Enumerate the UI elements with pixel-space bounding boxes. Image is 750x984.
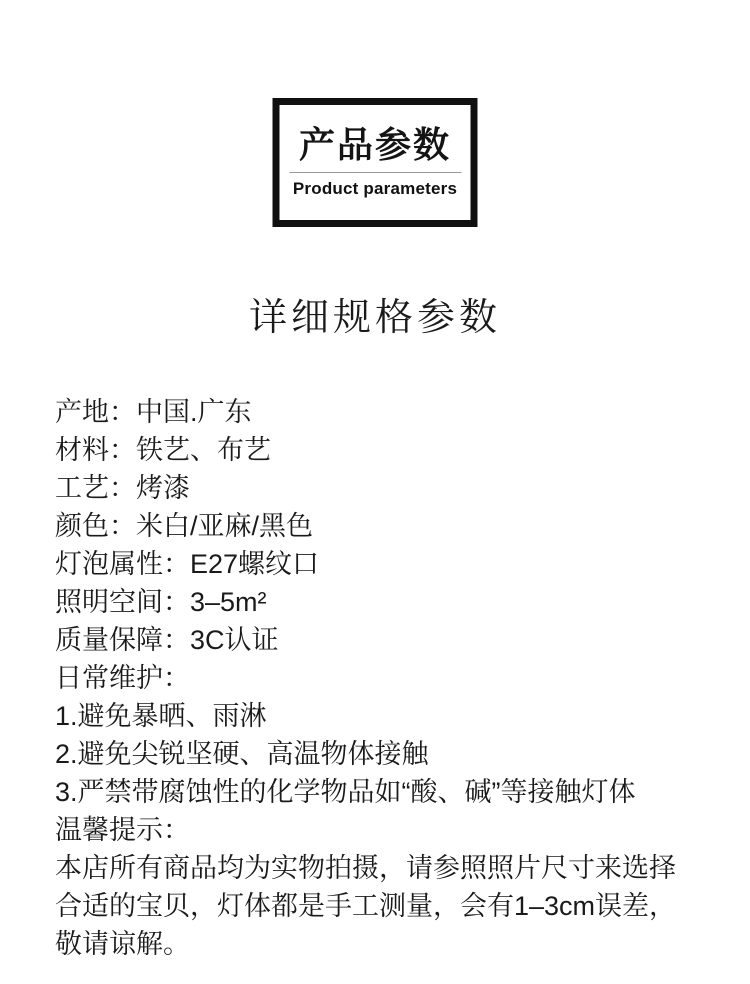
spec-list: 产地：中国.广东 材料：铁艺、布艺 工艺：烤漆 颜色：米白/亚麻/黑色 灯泡属性… [55,393,725,963]
spec-line-lighting-area: 照明空间：3–5m² [55,583,725,621]
spec-line-material: 材料：铁艺、布艺 [55,431,725,469]
spec-line-maintenance-1: 1.避免暴晒、雨淋 [55,697,725,735]
badge-title-en: Product parameters [293,179,457,199]
spec-line-maintenance-3: 3.严禁带腐蚀性的化学物品如“酸、碱”等接触灯体 [55,773,725,811]
spec-line-maintenance-2: 2.避免尖锐坚硬、高温物体接触 [55,735,725,773]
spec-line-color: 颜色：米白/亚麻/黑色 [55,507,725,545]
badge-divider [289,172,461,173]
spec-line-notice-heading: 温馨提示： [55,811,725,849]
spec-line-quality-assurance: 质量保障：3C认证 [55,621,725,659]
spec-line-maintenance-heading: 日常维护： [55,659,725,697]
product-parameters-badge: 产品参数 Product parameters [273,98,478,227]
section-title: 详细规格参数 [0,286,750,341]
badge-title-cn: 产品参数 [299,124,451,165]
spec-line-notice-3: 敬请谅解。 [55,925,725,963]
spec-line-notice-2: 合适的宝贝，灯体都是手工测量，会有1–3cm误差， [55,887,725,925]
spec-line-origin: 产地：中国.广东 [55,393,725,431]
spec-line-craft: 工艺：烤漆 [55,469,725,507]
spec-line-bulb-type: 灯泡属性：E27螺纹口 [55,545,725,583]
spec-line-notice-1: 本店所有商品均为实物拍摄，请参照照片尺寸来选择 [55,849,725,887]
